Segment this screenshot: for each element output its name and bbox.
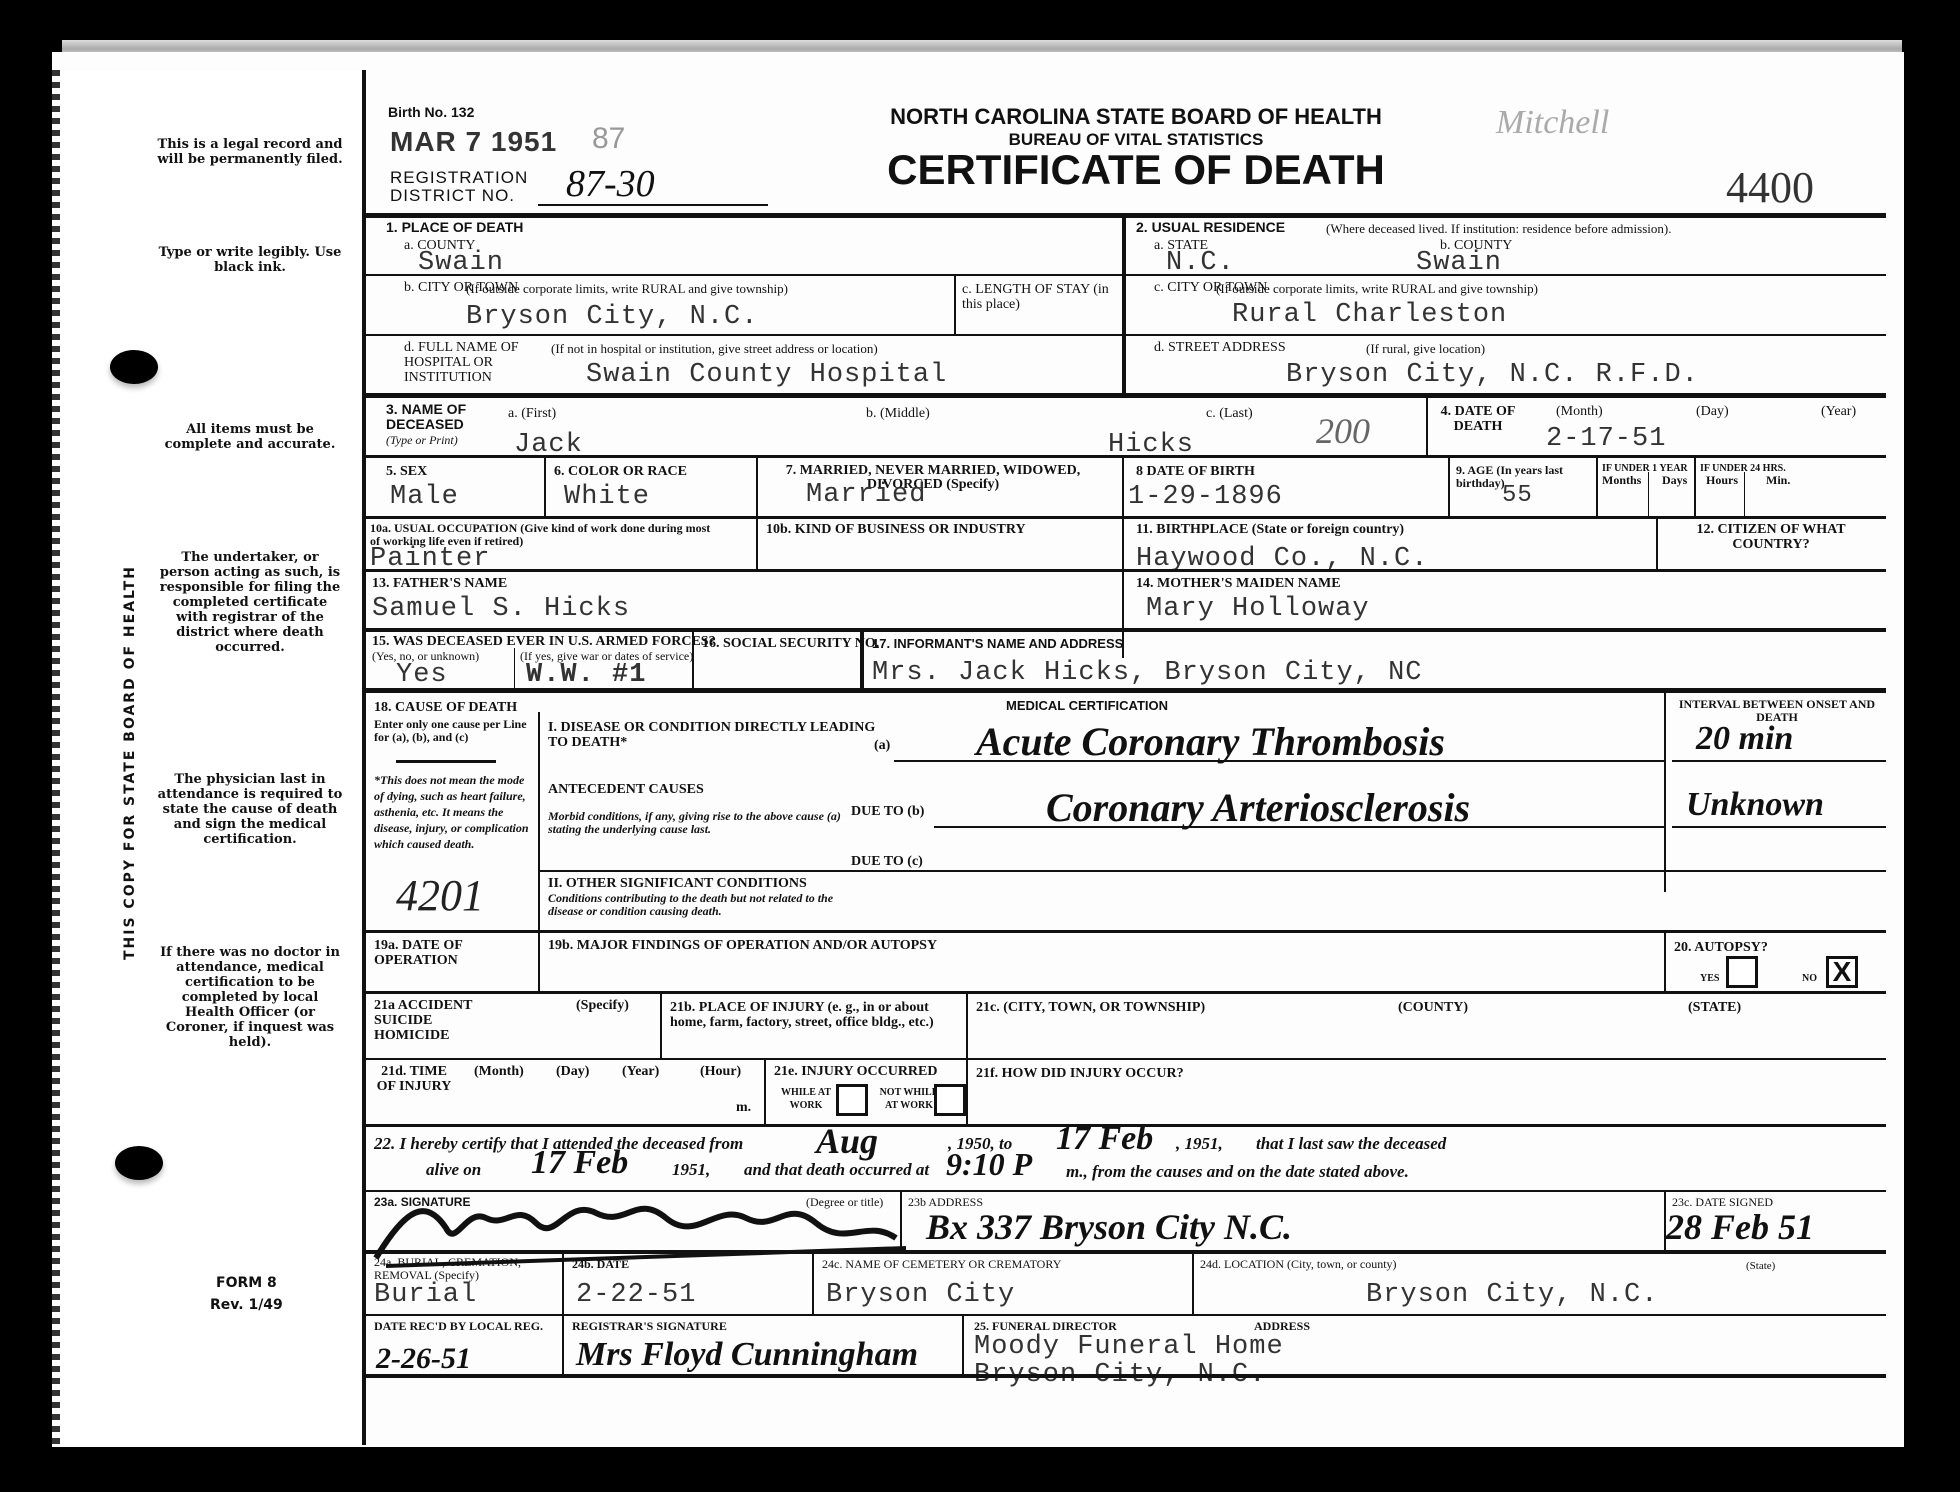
informant-label: 17. INFORMANT'S NAME AND ADDRESS bbox=[872, 636, 1123, 651]
physician-address: Bx 337 Bryson City N.C. bbox=[926, 1206, 1292, 1248]
name-hint: (Type or Print) bbox=[386, 434, 458, 447]
service-value: W.W. #1 bbox=[526, 660, 646, 690]
autopsy-yes-checkbox[interactable] bbox=[1726, 956, 1758, 988]
received-date-stamp: MAR 7 1951 bbox=[390, 126, 557, 158]
registration-label: REGISTRATION bbox=[390, 168, 528, 188]
injury-day-label: (Day) bbox=[556, 1064, 589, 1079]
year-label: (Year) bbox=[1821, 404, 1856, 419]
interval-a-value: 20 min bbox=[1696, 720, 1793, 758]
autopsy-no-checkbox[interactable]: X bbox=[1826, 956, 1858, 988]
attended-to: 17 Feb bbox=[1056, 1120, 1153, 1158]
injury-occurred-label: 21e. INJURY OCCURRED bbox=[774, 1064, 937, 1079]
race-value: White bbox=[564, 482, 650, 512]
date-of-death-value: 2-17-51 bbox=[1546, 424, 1666, 454]
agency-name: NORTH CAROLINA STATE BOARD OF HEALTH bbox=[806, 104, 1466, 130]
cause-of-death-label: 18. CAUSE OF DEATH bbox=[374, 700, 517, 715]
age-value: 55 bbox=[1502, 482, 1533, 509]
days-label: Days bbox=[1662, 474, 1687, 487]
day-label: (Day) bbox=[1696, 404, 1729, 419]
date-received-label: DATE REC'D BY LOCAL REG. bbox=[374, 1320, 554, 1333]
alive-on-date: 17 Feb bbox=[531, 1144, 628, 1182]
certification-text-5: m., from the causes and on the date stat… bbox=[1066, 1164, 1409, 1179]
mother-maiden-name-value: Mary Holloway bbox=[1146, 594, 1370, 624]
date-of-birth-label: 8 DATE OF BIRTH bbox=[1136, 464, 1255, 479]
autopsy-label: 20. AUTOPSY? bbox=[1674, 940, 1768, 955]
hospital-value: Swain County Hospital bbox=[586, 360, 947, 390]
cause-footnote: *This does not mean the mode of dying, s… bbox=[374, 772, 534, 852]
month-label: (Month) bbox=[1556, 404, 1603, 419]
informant-value: Mrs. Jack Hicks, Bryson City, NC bbox=[872, 658, 1422, 688]
middle-name-label: b. (Middle) bbox=[866, 406, 930, 421]
father-name-value: Samuel S. Hicks bbox=[372, 594, 630, 624]
armed-forces-value: Yes bbox=[396, 660, 448, 690]
death-city-value: Bryson City, N.C. bbox=[466, 302, 758, 332]
registrar-signature-label: REGISTRAR'S SIGNATURE bbox=[572, 1320, 727, 1333]
registration-district-no: 87-30 bbox=[566, 162, 655, 206]
disposition-date-label: 24b. DATE bbox=[572, 1258, 629, 1271]
injury-county-label: (COUNTY) bbox=[1398, 1000, 1468, 1015]
injury-hour-label: (Hour) bbox=[700, 1064, 741, 1079]
instruction-margin bbox=[52, 70, 362, 1445]
attended-from: Aug bbox=[816, 1120, 878, 1162]
usual-residence-hint: (Where deceased lived. If institution: r… bbox=[1326, 222, 1671, 235]
certification-text-4: and that death occurred at bbox=[744, 1162, 929, 1177]
note-all-items: All items must be complete and accurate. bbox=[155, 422, 345, 452]
antecedent-hint: Morbid conditions, if any, giving rise t… bbox=[548, 810, 848, 836]
margin-note: Mitchell bbox=[1496, 104, 1609, 142]
city-label: b. CITY OR TOWN bbox=[404, 280, 464, 295]
part-2-label: II. OTHER SIGNIFICANT CONDITIONS bbox=[548, 876, 807, 891]
last-name-label: c. (Last) bbox=[1206, 406, 1253, 421]
location-state-label: (State) bbox=[1746, 1260, 1775, 1273]
certificate-number: 4400 bbox=[1726, 162, 1814, 213]
cause-hint: Enter only one cause per Line for (a), (… bbox=[374, 718, 534, 744]
birthplace-label: 11. BIRTHPLACE (State or foreign country… bbox=[1136, 522, 1404, 537]
residence-street-value: Bryson City, N.C. R.F.D. bbox=[1286, 360, 1699, 390]
cemetery-value: Bryson City bbox=[826, 1280, 1015, 1310]
residence-city-label: c. CITY OR TOWN bbox=[1154, 280, 1214, 295]
funeral-director-value: Moody Funeral Home bbox=[974, 1332, 1284, 1362]
birth-no-label: Birth No. 132 bbox=[388, 104, 474, 120]
location-label: 24d. LOCATION (City, town, or county) bbox=[1200, 1258, 1397, 1271]
residence-city-value: Rural Charleston bbox=[1232, 300, 1507, 330]
degree-label: (Degree or title) bbox=[806, 1196, 883, 1209]
usual-residence-label: 2. USUAL RESIDENCE bbox=[1136, 220, 1285, 235]
min-label: Min. bbox=[1766, 474, 1790, 487]
date-of-birth-value: 1-29-1896 bbox=[1128, 482, 1283, 512]
first-name-label: a. (First) bbox=[508, 406, 556, 421]
street-hint: (If rural, give location) bbox=[1366, 342, 1485, 355]
disposition-method-value: Burial bbox=[374, 1280, 477, 1310]
while-at-work-label: WHILE AT WORK bbox=[776, 1086, 836, 1112]
certification-text-2: that I last saw the deceased bbox=[1256, 1136, 1446, 1151]
injury-month-label: (Month) bbox=[474, 1064, 524, 1079]
place-of-death-label: 1. PLACE OF DEATH bbox=[386, 220, 523, 235]
cemetery-label: 24c. NAME OF CEMETERY OR CREMATORY bbox=[822, 1258, 1061, 1271]
hours-label: Hours bbox=[1706, 474, 1738, 487]
how-injury-occurred-label: 21f. HOW DID INJURY OCCUR? bbox=[976, 1066, 1184, 1081]
antecedent-causes-label: ANTECEDENT CAUSES bbox=[548, 782, 704, 797]
note-type-legibly: Type or write legibly. Use black ink. bbox=[155, 245, 345, 275]
note-no-doctor: If there was no doctor in attendance, me… bbox=[155, 945, 345, 1050]
race-label: 6. COLOR OR RACE bbox=[554, 464, 687, 479]
death-certificate-form: Birth No. 132 MAR 7 1951 87 REGISTRATION… bbox=[362, 70, 1886, 1445]
injury-m-label: m. bbox=[736, 1100, 751, 1115]
hospital-label: d. FULL NAME OF HOSPITAL OR INSTITUTION bbox=[404, 340, 534, 385]
injury-state-label: (STATE) bbox=[1688, 1000, 1741, 1015]
line-b-cause: Coronary Arteriosclerosis bbox=[1046, 784, 1470, 831]
residence-city-hint: (If outside corporate limits, write RURA… bbox=[1216, 282, 1538, 295]
note-physician: The physician last in attendance is requ… bbox=[155, 772, 345, 847]
autopsy-no-label: NO bbox=[1802, 972, 1817, 985]
place-of-injury-label: 21b. PLACE OF INJURY (e. g., in or about… bbox=[670, 1000, 960, 1030]
autopsy-yes-label: YES bbox=[1700, 972, 1719, 985]
part-1-label: I. DISEASE OR CONDITION DIRECTLY LEADING… bbox=[548, 720, 888, 750]
line-a-cause: Acute Coronary Thrombosis bbox=[976, 718, 1445, 765]
district-no-label: DISTRICT NO. bbox=[390, 186, 515, 206]
form-number: FORM 8 Rev. 1/49 bbox=[210, 1272, 283, 1316]
injury-city-label: 21c. (CITY, TOWN, OR TOWNSHIP) bbox=[976, 1000, 1205, 1015]
interval-b-value: Unknown bbox=[1686, 786, 1824, 824]
armed-forces-label: 15. WAS DECEASED EVER IN U.S. ARMED FORC… bbox=[372, 634, 716, 649]
hospital-hint: (If not in hospital or institution, give… bbox=[551, 342, 878, 355]
perforated-edge bbox=[52, 70, 60, 1445]
street-label: d. STREET ADDRESS bbox=[1154, 340, 1254, 355]
not-at-work-checkbox[interactable] bbox=[934, 1084, 966, 1116]
accident-type-label: 21a ACCIDENT SUICIDE HOMICIDE bbox=[374, 998, 484, 1043]
date-of-operation-label: 19a. DATE OF OPERATION bbox=[374, 938, 534, 968]
months-label: Months bbox=[1602, 474, 1641, 487]
stamp-suffix: 87 bbox=[592, 122, 625, 156]
sex-label: 5. SEX bbox=[386, 464, 427, 479]
social-security-label: 16. SOCIAL SECURITY NO. bbox=[702, 636, 879, 651]
date-signed: 28 Feb 51 bbox=[1666, 1206, 1814, 1248]
disposition-date-value: 2-22-51 bbox=[576, 1280, 696, 1310]
certification-text-3: alive on bbox=[426, 1162, 481, 1177]
note-undertaker: The undertaker, or person acting as such… bbox=[155, 550, 345, 655]
location-value: Bryson City, N.C. bbox=[1366, 1280, 1658, 1310]
note-legal-record: This is a legal record and will be perma… bbox=[155, 137, 345, 167]
time-of-death: 9:10 P bbox=[946, 1146, 1032, 1183]
citizenship-label: 12. CITIZEN OF WHAT COUNTRY? bbox=[1666, 522, 1876, 552]
cause-code: 4201 bbox=[396, 870, 484, 921]
to-year: , 1951, bbox=[1176, 1136, 1223, 1151]
city-hint: (If outside corporate limits, write RURA… bbox=[466, 282, 788, 295]
document-title: CERTIFICATE OF DEATH bbox=[806, 146, 1466, 194]
form-revision-text: Rev. 1/49 bbox=[210, 1294, 283, 1316]
disposition-method-label: 24a. BURIAL, CREMATION, REMOVAL (Specify… bbox=[374, 1256, 564, 1282]
punch-hole bbox=[110, 350, 158, 384]
major-findings-label: 19b. MAJOR FINDINGS OF OPERATION AND/OR … bbox=[548, 938, 937, 953]
mother-maiden-name-label: 14. MOTHER'S MAIDEN NAME bbox=[1136, 576, 1341, 591]
time-of-injury-label: 21d. TIME OF INJURY bbox=[374, 1064, 454, 1094]
alive-year: 1951, bbox=[672, 1162, 710, 1177]
part-2-hint: Conditions contributing to the death but… bbox=[548, 892, 868, 918]
copy-for-state-board-label: THIS COPY FOR STATE BOARD OF HEALTH bbox=[122, 565, 138, 960]
name-of-deceased-label: 3. NAME OF DECEASED bbox=[386, 402, 486, 432]
medical-certification-heading: MEDICAL CERTIFICATION bbox=[1006, 698, 1168, 713]
code-note: 200 bbox=[1316, 410, 1370, 452]
date-received-value: 2-26-51 bbox=[376, 1342, 471, 1376]
sex-value: Male bbox=[390, 482, 459, 512]
form-number-text: FORM 8 bbox=[210, 1272, 283, 1294]
punch-hole bbox=[115, 1146, 163, 1180]
father-name-label: 13. FATHER'S NAME bbox=[372, 576, 507, 591]
line-b-label: DUE TO (b) bbox=[851, 804, 924, 819]
injury-year-label: (Year) bbox=[622, 1064, 659, 1079]
business-label: 10b. KIND OF BUSINESS OR INDUSTRY bbox=[766, 522, 1106, 537]
registrar-signature: Mrs Floyd Cunningham bbox=[576, 1336, 918, 1374]
date-of-death-label: 4. DATE OF DEATH bbox=[1438, 404, 1518, 434]
while-at-work-checkbox[interactable] bbox=[836, 1084, 868, 1116]
line-c-label: DUE TO (c) bbox=[851, 854, 923, 869]
line-a-label: (a) bbox=[874, 738, 890, 753]
accident-specify-label: (Specify) bbox=[576, 998, 629, 1013]
length-of-stay-label: c. LENGTH OF STAY (in this place) bbox=[962, 282, 1122, 312]
marital-status-value: Married bbox=[806, 480, 926, 510]
